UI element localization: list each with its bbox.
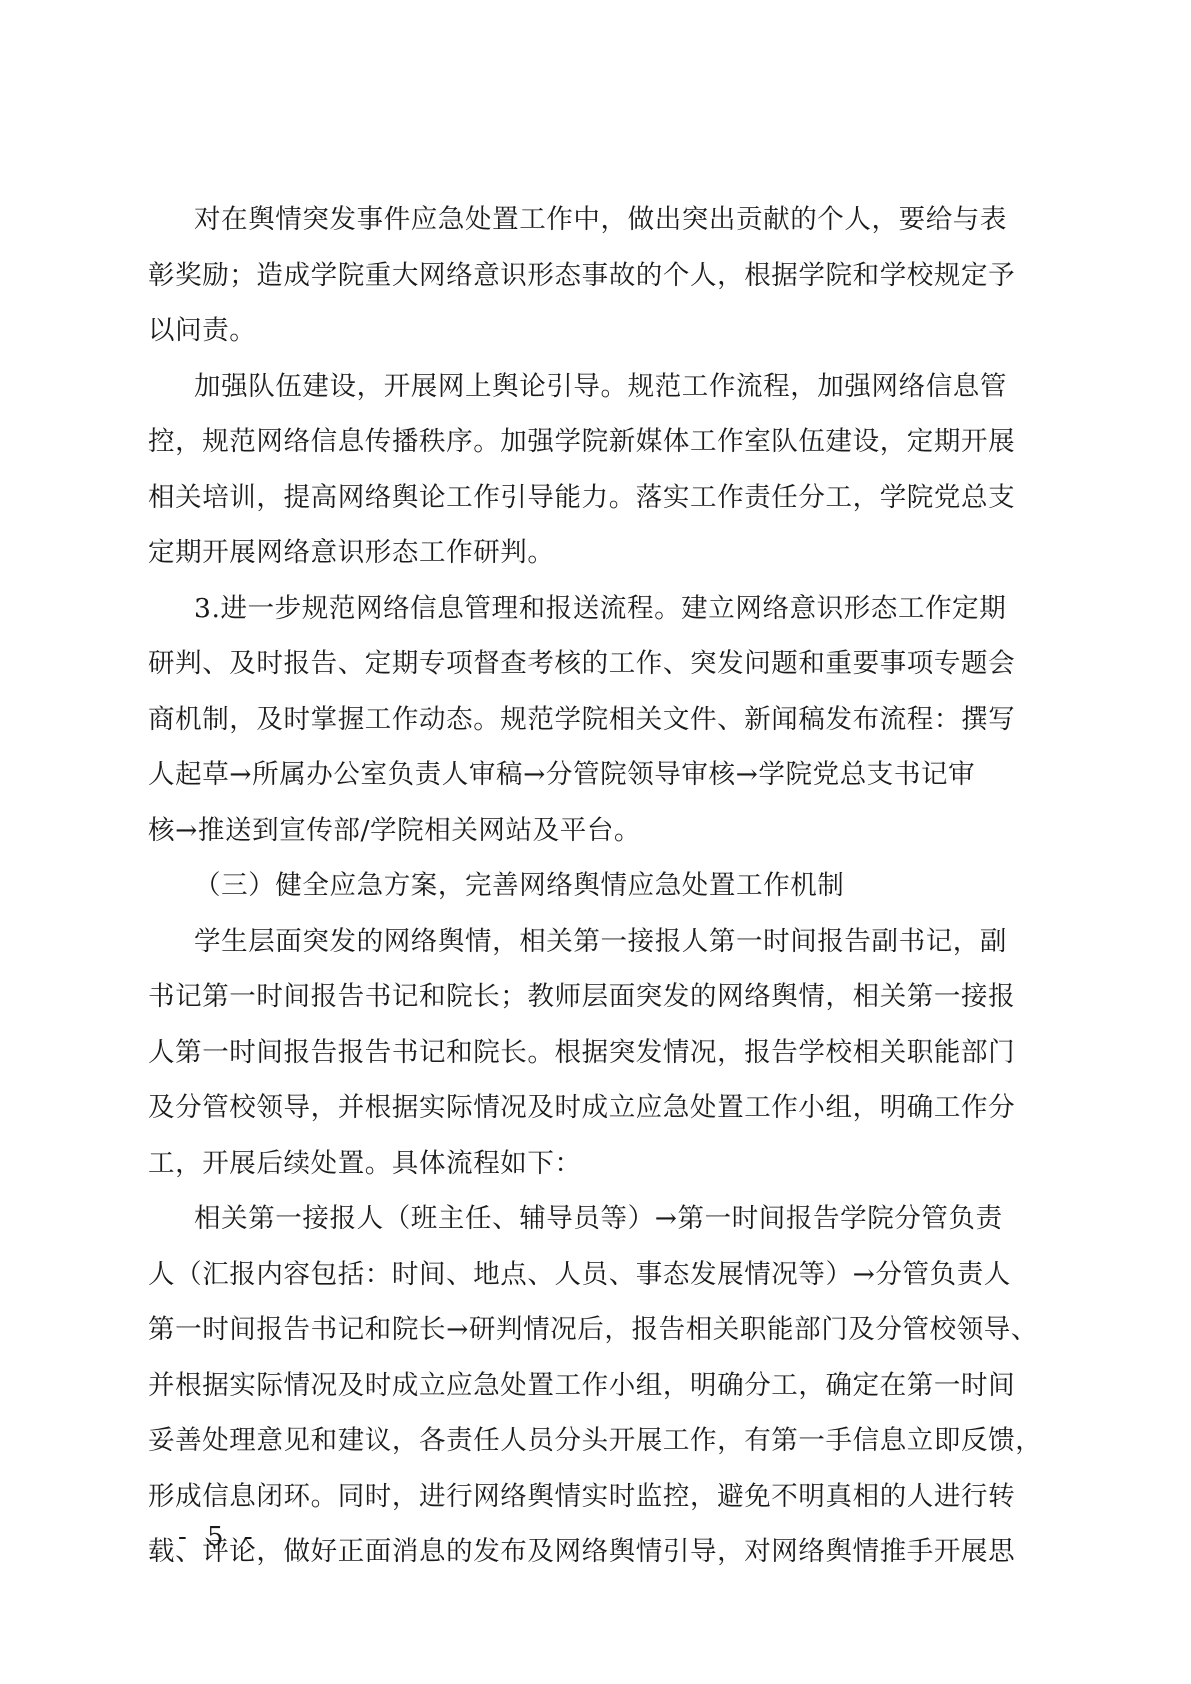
page-number: - 5 -: [178, 1522, 259, 1552]
paragraph-line: 彰奖励；造成学院重大网络意识形态事故的个人，根据学院和学校规定予: [148, 252, 1048, 308]
paragraph-line: 相关培训，提高网络舆论工作引导能力。落实工作责任分工，学院党总支: [148, 474, 1048, 530]
paragraph-line: 3.进一步规范网络信息管理和报送流程。建立网络意识形态工作定期: [148, 585, 1048, 641]
paragraph-line: 相关第一接报人（班主任、辅导员等）→第一时间报告学院分管负责: [148, 1195, 1048, 1251]
paragraph-line: 工，开展后续处置。具体流程如下：: [148, 1140, 1048, 1196]
paragraph-line: 对在舆情突发事件应急处置工作中，做出突出贡献的个人，要给与表: [148, 196, 1048, 252]
paragraph-line: 加强队伍建设，开展网上舆论引导。规范工作流程，加强网络信息管: [148, 363, 1048, 419]
paragraph-line: 定期开展网络意识形态工作研判。: [148, 529, 1048, 585]
paragraph-line: 载、评论，做好正面消息的发布及网络舆情引导，对网络舆情推手开展思: [148, 1528, 1048, 1584]
paragraph-line: 第一时间报告书记和院长→研判情况后，报告相关职能部门及分管校领导、: [148, 1306, 1048, 1362]
paragraph-line: 人（汇报内容包括：时间、地点、人员、事态发展情况等）→分管负责人: [148, 1251, 1048, 1307]
paragraph-line: 商机制，及时掌握工作动态。规范学院相关文件、新闻稿发布流程：撰写: [148, 696, 1048, 752]
paragraph-line: 人起草→所属办公室负责人审稿→分管院领导审核→学院党总支书记审: [148, 751, 1048, 807]
paragraph-line: 形成信息闭环。同时，进行网络舆情实时监控，避免不明真相的人进行转: [148, 1473, 1048, 1529]
paragraph-line: 控，规范网络信息传播秩序。加强学院新媒体工作室队伍建设，定期开展: [148, 418, 1048, 474]
paragraph-line: 以问责。: [148, 307, 1048, 363]
paragraph-line: 人第一时间报告报告书记和院长。根据突发情况，报告学校相关职能部门: [148, 1029, 1048, 1085]
paragraph-line: 学生层面突发的网络舆情，相关第一接报人第一时间报告副书记，副: [148, 918, 1048, 974]
paragraph-line: 书记第一时间报告书记和院长；教师层面突发的网络舆情，相关第一接报: [148, 973, 1048, 1029]
paragraph-line: 核→推送到宣传部/学院相关网站及平台。: [148, 807, 1048, 863]
document-body: 对在舆情突发事件应急处置工作中，做出突出贡献的个人，要给与表 彰奖励；造成学院重…: [148, 196, 1048, 1584]
paragraph-line: 并根据实际情况及时成立应急处置工作小组，明确分工，确定在第一时间: [148, 1362, 1048, 1418]
section-heading: （三）健全应急方案，完善网络舆情应急处置工作机制: [148, 862, 1048, 918]
paragraph-line: 及分管校领导，并根据实际情况及时成立应急处置工作小组，明确工作分: [148, 1084, 1048, 1140]
paragraph-line: 妥善处理意见和建议，各责任人员分头开展工作，有第一手信息立即反馈，: [148, 1417, 1048, 1473]
paragraph-line: 研判、及时报告、定期专项督查考核的工作、突发问题和重要事项专题会: [148, 640, 1048, 696]
